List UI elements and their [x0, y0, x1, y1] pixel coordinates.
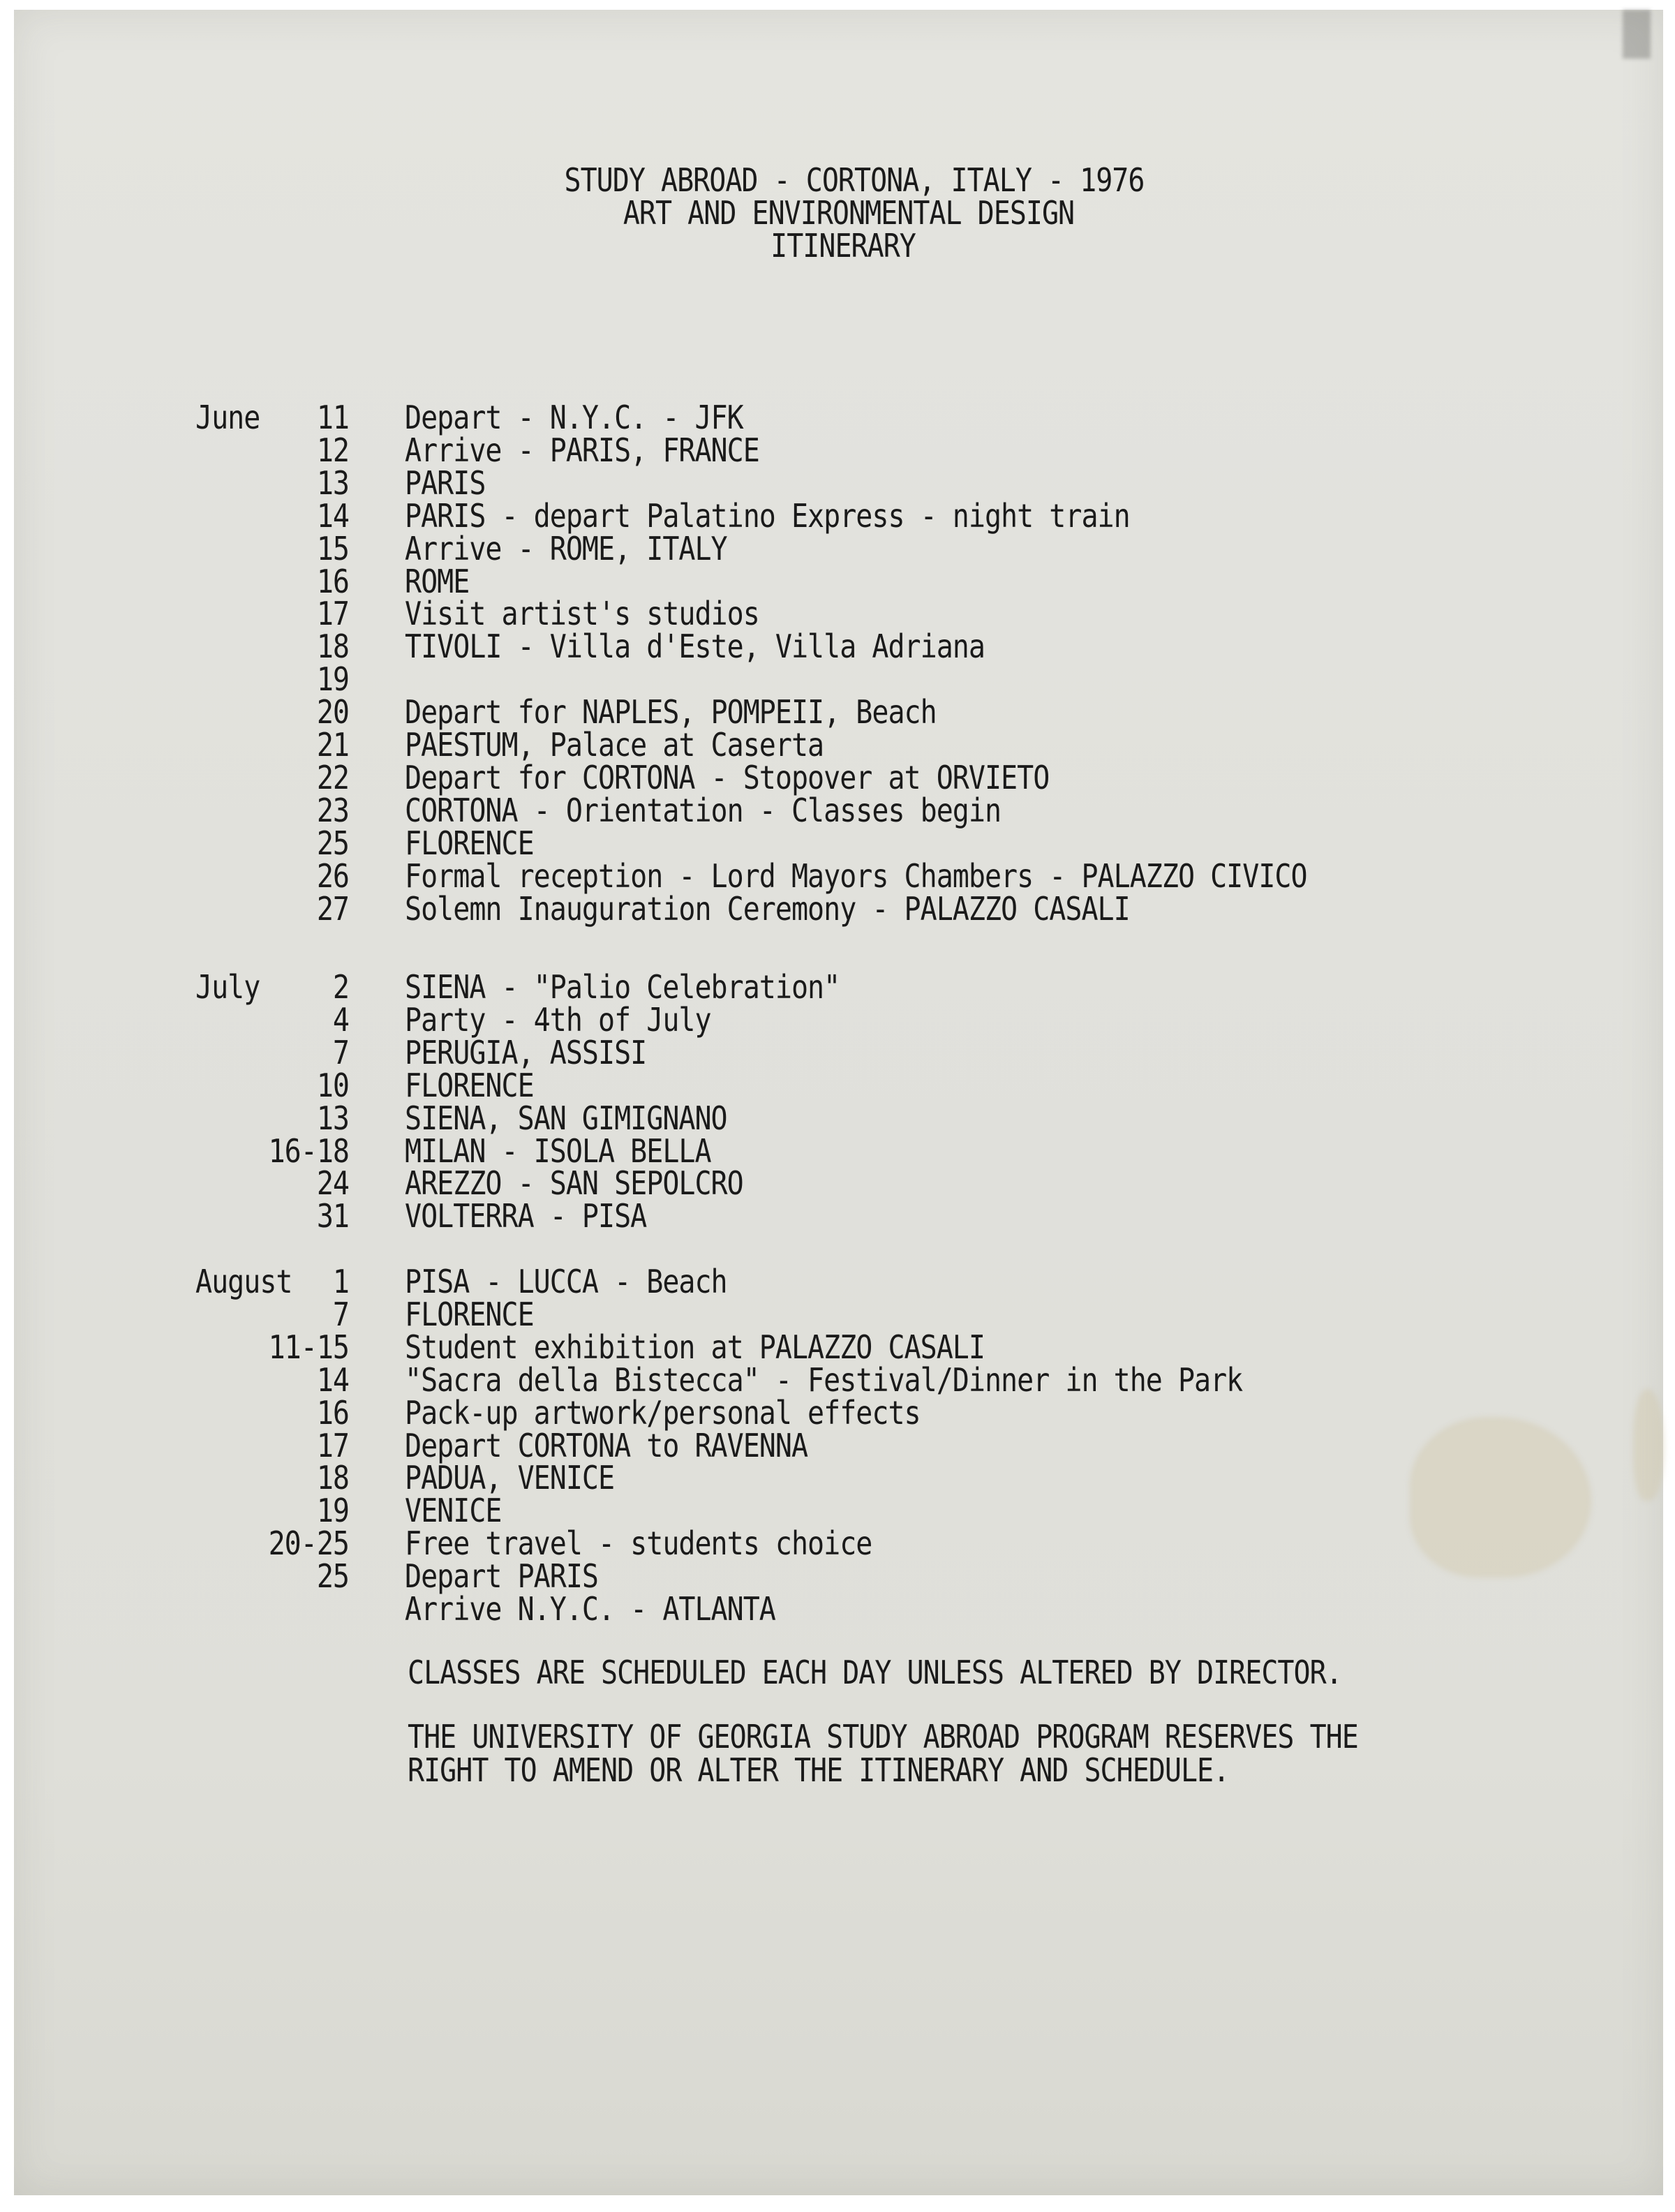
activity-description: Formal reception - Lord Mayors Chambers … — [405, 858, 1307, 895]
activity-description: Arrive N.Y.C. - ATLANTA — [405, 1591, 775, 1628]
day-label: 7 — [237, 1034, 349, 1071]
activity-description: Depart PARIS — [405, 1559, 598, 1596]
activity-description: CORTONA - Orientation - Classes begin — [405, 792, 1001, 829]
activity-description: Depart for NAPLES, POMPEII, Beach — [405, 695, 937, 732]
activity-description: Arrive - PARIS, FRANCE — [405, 432, 759, 469]
activity-description: MILAN - ISOLA BELLA — [405, 1133, 711, 1170]
day-label: 2 — [237, 970, 349, 1007]
activity-description: SIENA - "Palio Celebration" — [405, 970, 840, 1007]
day-label: 15 — [237, 530, 349, 567]
activity-description: ROME — [405, 563, 469, 600]
activity-description: Depart CORTONA to RAVENNA — [405, 1427, 807, 1464]
day-label: 31 — [237, 1198, 349, 1235]
day-label: 26 — [237, 858, 349, 895]
day-label: 21 — [237, 727, 349, 764]
activity-description: FLORENCE — [405, 825, 534, 862]
day-label: 19 — [237, 1493, 349, 1530]
activity-description: PAESTUM, Palace at Caserta — [405, 727, 824, 764]
day-label: 24 — [237, 1166, 349, 1203]
activity-description: Student exhibition at PALAZZO CASALI — [405, 1329, 985, 1366]
day-label: 25 — [237, 1559, 349, 1596]
document-subtitle: ART AND ENVIRONMENTAL DESIGN — [0, 195, 1675, 232]
itinerary-document: STUDY ABROAD - CORTONA, ITALY - 1976 ART… — [0, 0, 1675, 2212]
day-label: 14 — [237, 1362, 349, 1399]
day-label: 18 — [237, 629, 349, 666]
day-label: 13 — [237, 465, 349, 502]
day-label: 11 — [237, 400, 349, 437]
activity-description: Party - 4th of July — [405, 1002, 711, 1039]
activity-description: AREZZO - SAN SEPOLCRO — [405, 1166, 743, 1203]
day-label: 19 — [237, 662, 349, 699]
day-label: 17 — [237, 1427, 349, 1464]
document-title: STUDY ABROAD - CORTONA, ITALY - 1976 — [0, 163, 1675, 200]
document-heading-itinerary: ITINERARY — [0, 228, 1675, 265]
day-label: 20 — [237, 695, 349, 732]
day-label: 22 — [237, 759, 349, 796]
disclaimer-line-2: RIGHT TO AMEND OR ALTER THE ITINERARY AN… — [408, 1753, 1229, 1790]
day-label: 1 — [237, 1264, 349, 1301]
day-label: 16 — [237, 1395, 349, 1432]
activity-description: Solemn Inauguration Ceremony - PALAZZO C… — [405, 891, 1130, 928]
activity-description: FLORENCE — [405, 1296, 534, 1333]
day-label: 7 — [237, 1296, 349, 1333]
activity-description: Free travel - students choice — [405, 1526, 872, 1563]
classes-note: CLASSES ARE SCHEDULED EACH DAY UNLESS AL… — [408, 1655, 1342, 1692]
day-label: 4 — [237, 1002, 349, 1039]
day-label: 27 — [237, 891, 349, 928]
activity-description: Depart - N.Y.C. - JFK — [405, 400, 743, 437]
activity-description: PISA - LUCCA - Beach — [405, 1264, 727, 1301]
activity-description: SIENA, SAN GIMIGNANO — [405, 1100, 727, 1137]
day-label: 14 — [237, 498, 349, 535]
activity-description: VENICE — [405, 1493, 502, 1530]
disclaimer-line-1: THE UNIVERSITY OF GEORGIA STUDY ABROAD P… — [408, 1719, 1358, 1756]
day-label: 11-15 — [237, 1329, 349, 1366]
activity-description: Depart for CORTONA - Stopover at ORVIETO — [405, 759, 1049, 796]
day-label: 17 — [237, 596, 349, 633]
activity-description: PARIS - depart Palatino Express - night … — [405, 498, 1130, 535]
day-label: 20-25 — [237, 1526, 349, 1563]
activity-description: Visit artist's studios — [405, 596, 759, 633]
day-label: 16-18 — [237, 1133, 349, 1170]
activity-description: PARIS — [405, 465, 485, 502]
day-label: 12 — [237, 432, 349, 469]
activity-description: PADUA, VENICE — [405, 1460, 614, 1497]
activity-description: Arrive - ROME, ITALY — [405, 530, 727, 567]
day-label: 25 — [237, 825, 349, 862]
day-label: 18 — [237, 1460, 349, 1497]
activity-description: FLORENCE — [405, 1067, 534, 1104]
day-label: 16 — [237, 563, 349, 600]
activity-description: VOLTERRA - PISA — [405, 1198, 646, 1235]
activity-description: PERUGIA, ASSISI — [405, 1034, 646, 1071]
day-label: 13 — [237, 1100, 349, 1137]
activity-description: "Sacra della Bistecca" - Festival/Dinner… — [405, 1362, 1242, 1399]
activity-description: TIVOLI - Villa d'Este, Villa Adriana — [405, 629, 985, 666]
day-label: 10 — [237, 1067, 349, 1104]
day-label: 23 — [237, 792, 349, 829]
activity-description: Pack-up artwork/personal effects — [405, 1395, 921, 1432]
